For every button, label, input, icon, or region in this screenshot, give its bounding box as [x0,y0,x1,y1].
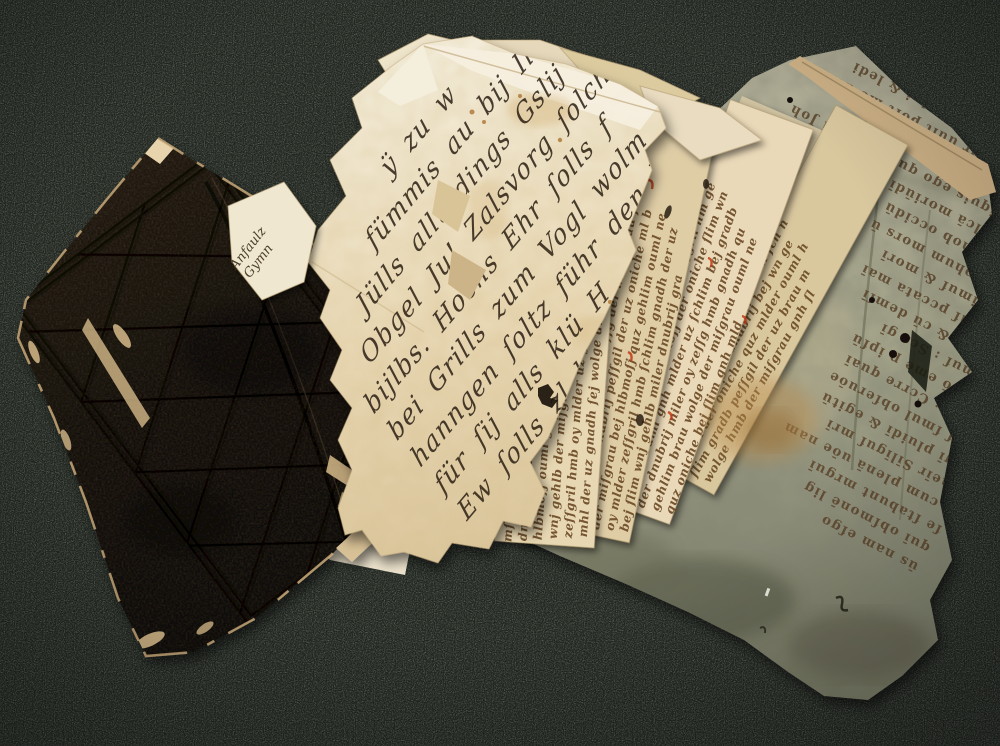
photo-canvas: lta chrc lui & lediilir uult poſt me uem… [0,0,1000,746]
photo-stage: lta chrc lui & lediilir uult poſt me uem… [0,0,1000,746]
vignette [0,0,1000,746]
